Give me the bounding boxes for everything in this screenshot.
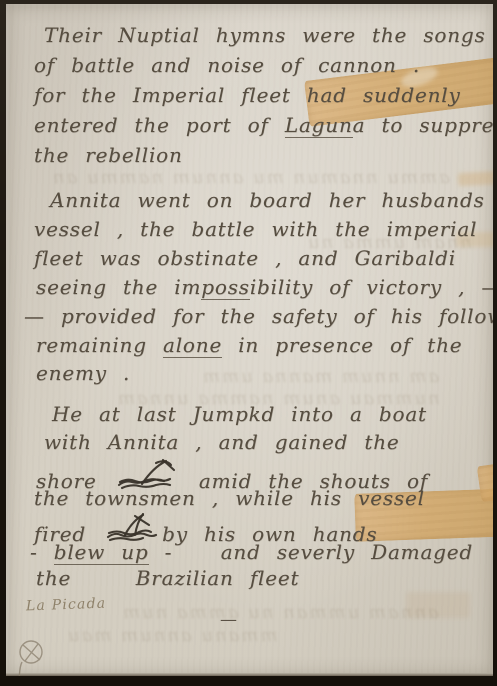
handwritten-line: the Brazilian fleet (36, 566, 299, 596)
text-segment: — provided for the safety of his followe… (24, 304, 493, 328)
text-segment: with Annita , and gained the (44, 430, 400, 454)
text-segment: enemy . (36, 361, 130, 385)
handwritten-line: the townsmen , while his vessel (34, 486, 425, 516)
ghost-writing: annam umman nu amma num (121, 602, 439, 623)
text-segment: He at last Jumpkd into a boat (52, 402, 427, 426)
handwritten-line: fleet was obstinate , and Garibaldi (34, 246, 456, 276)
text-segment: Lagun (285, 113, 353, 138)
handwritten-line: — provided for the safety of his followe… (24, 304, 493, 334)
place-annotation: La Picada (26, 596, 107, 615)
text-segment: blew up (54, 540, 149, 565)
text-segment: Their Nuptial hymns were the songs (44, 23, 486, 47)
text-segment: the rebellion (34, 143, 183, 167)
text-segment: the townsmen , while his vessel (34, 486, 425, 510)
text-segment: vessel , the battle with the imperial (34, 217, 477, 241)
handwritten-line: with Annita , and gained the (44, 430, 400, 460)
photographed-manuscript: ammu nnamun mu annum nammu annnam umma n… (0, 0, 497, 686)
text-segment: Annita went on board her husbands (50, 188, 485, 212)
text-segment: alone (163, 333, 222, 358)
text-segment: of battle and noise of cannon . (34, 53, 420, 77)
handwritten-line: shore amid the shouts of (36, 458, 428, 488)
handwritten-line: of battle and noise of cannon . (34, 53, 420, 83)
text-segment: - and severly Damaged (149, 540, 474, 564)
page-bottom-edge (6, 673, 493, 676)
footer-dash: — (220, 610, 237, 630)
collector-pencil-mark-icon (16, 638, 50, 676)
handwritten-line: fired by his own hands (34, 513, 377, 543)
text-segment: in presence of the (222, 333, 462, 357)
text-segment: a to suppres (353, 113, 493, 137)
tape-residue-stain (458, 171, 493, 186)
handwritten-line: Their Nuptial hymns were the songs (44, 23, 486, 53)
handwritten-line: entered the port of Laguna to suppres (34, 113, 493, 143)
manuscript-page: ammu nnamun mu annum nammu annnam umma n… (6, 4, 493, 676)
text-segment: - (30, 540, 54, 564)
text-segment: for the Imperial fleet had suddenly (34, 83, 461, 107)
text-segment: ibility of victory , —— (250, 275, 493, 299)
handwritten-line: Annita went on board her husbands (50, 188, 485, 218)
ghost-writing: mmanu annum mau (66, 625, 277, 646)
text-segment: entered the port of (34, 113, 285, 137)
handwritten-line: vessel , the battle with the imperial (34, 217, 477, 247)
handwritten-line: seeing the impossibility of victory , —— (36, 275, 493, 305)
handwritten-line: enemy . (36, 361, 130, 391)
text-segment: the Brazilian fleet (36, 566, 299, 590)
ghost-writing: am nnum manna umm (201, 366, 439, 387)
text-segment: remaining (36, 333, 163, 357)
handwritten-line: He at last Jumpkd into a boat (52, 402, 427, 432)
text-segment: poss (201, 275, 250, 300)
handwritten-line: remaining alone in presence of the (36, 333, 462, 363)
handwritten-line: the rebellion (34, 143, 183, 173)
text-segment: fleet was obstinate , and Garibaldi (34, 246, 456, 270)
handwritten-line: for the Imperial fleet had suddenly (34, 83, 461, 113)
text-segment: seeing the im (36, 275, 201, 299)
